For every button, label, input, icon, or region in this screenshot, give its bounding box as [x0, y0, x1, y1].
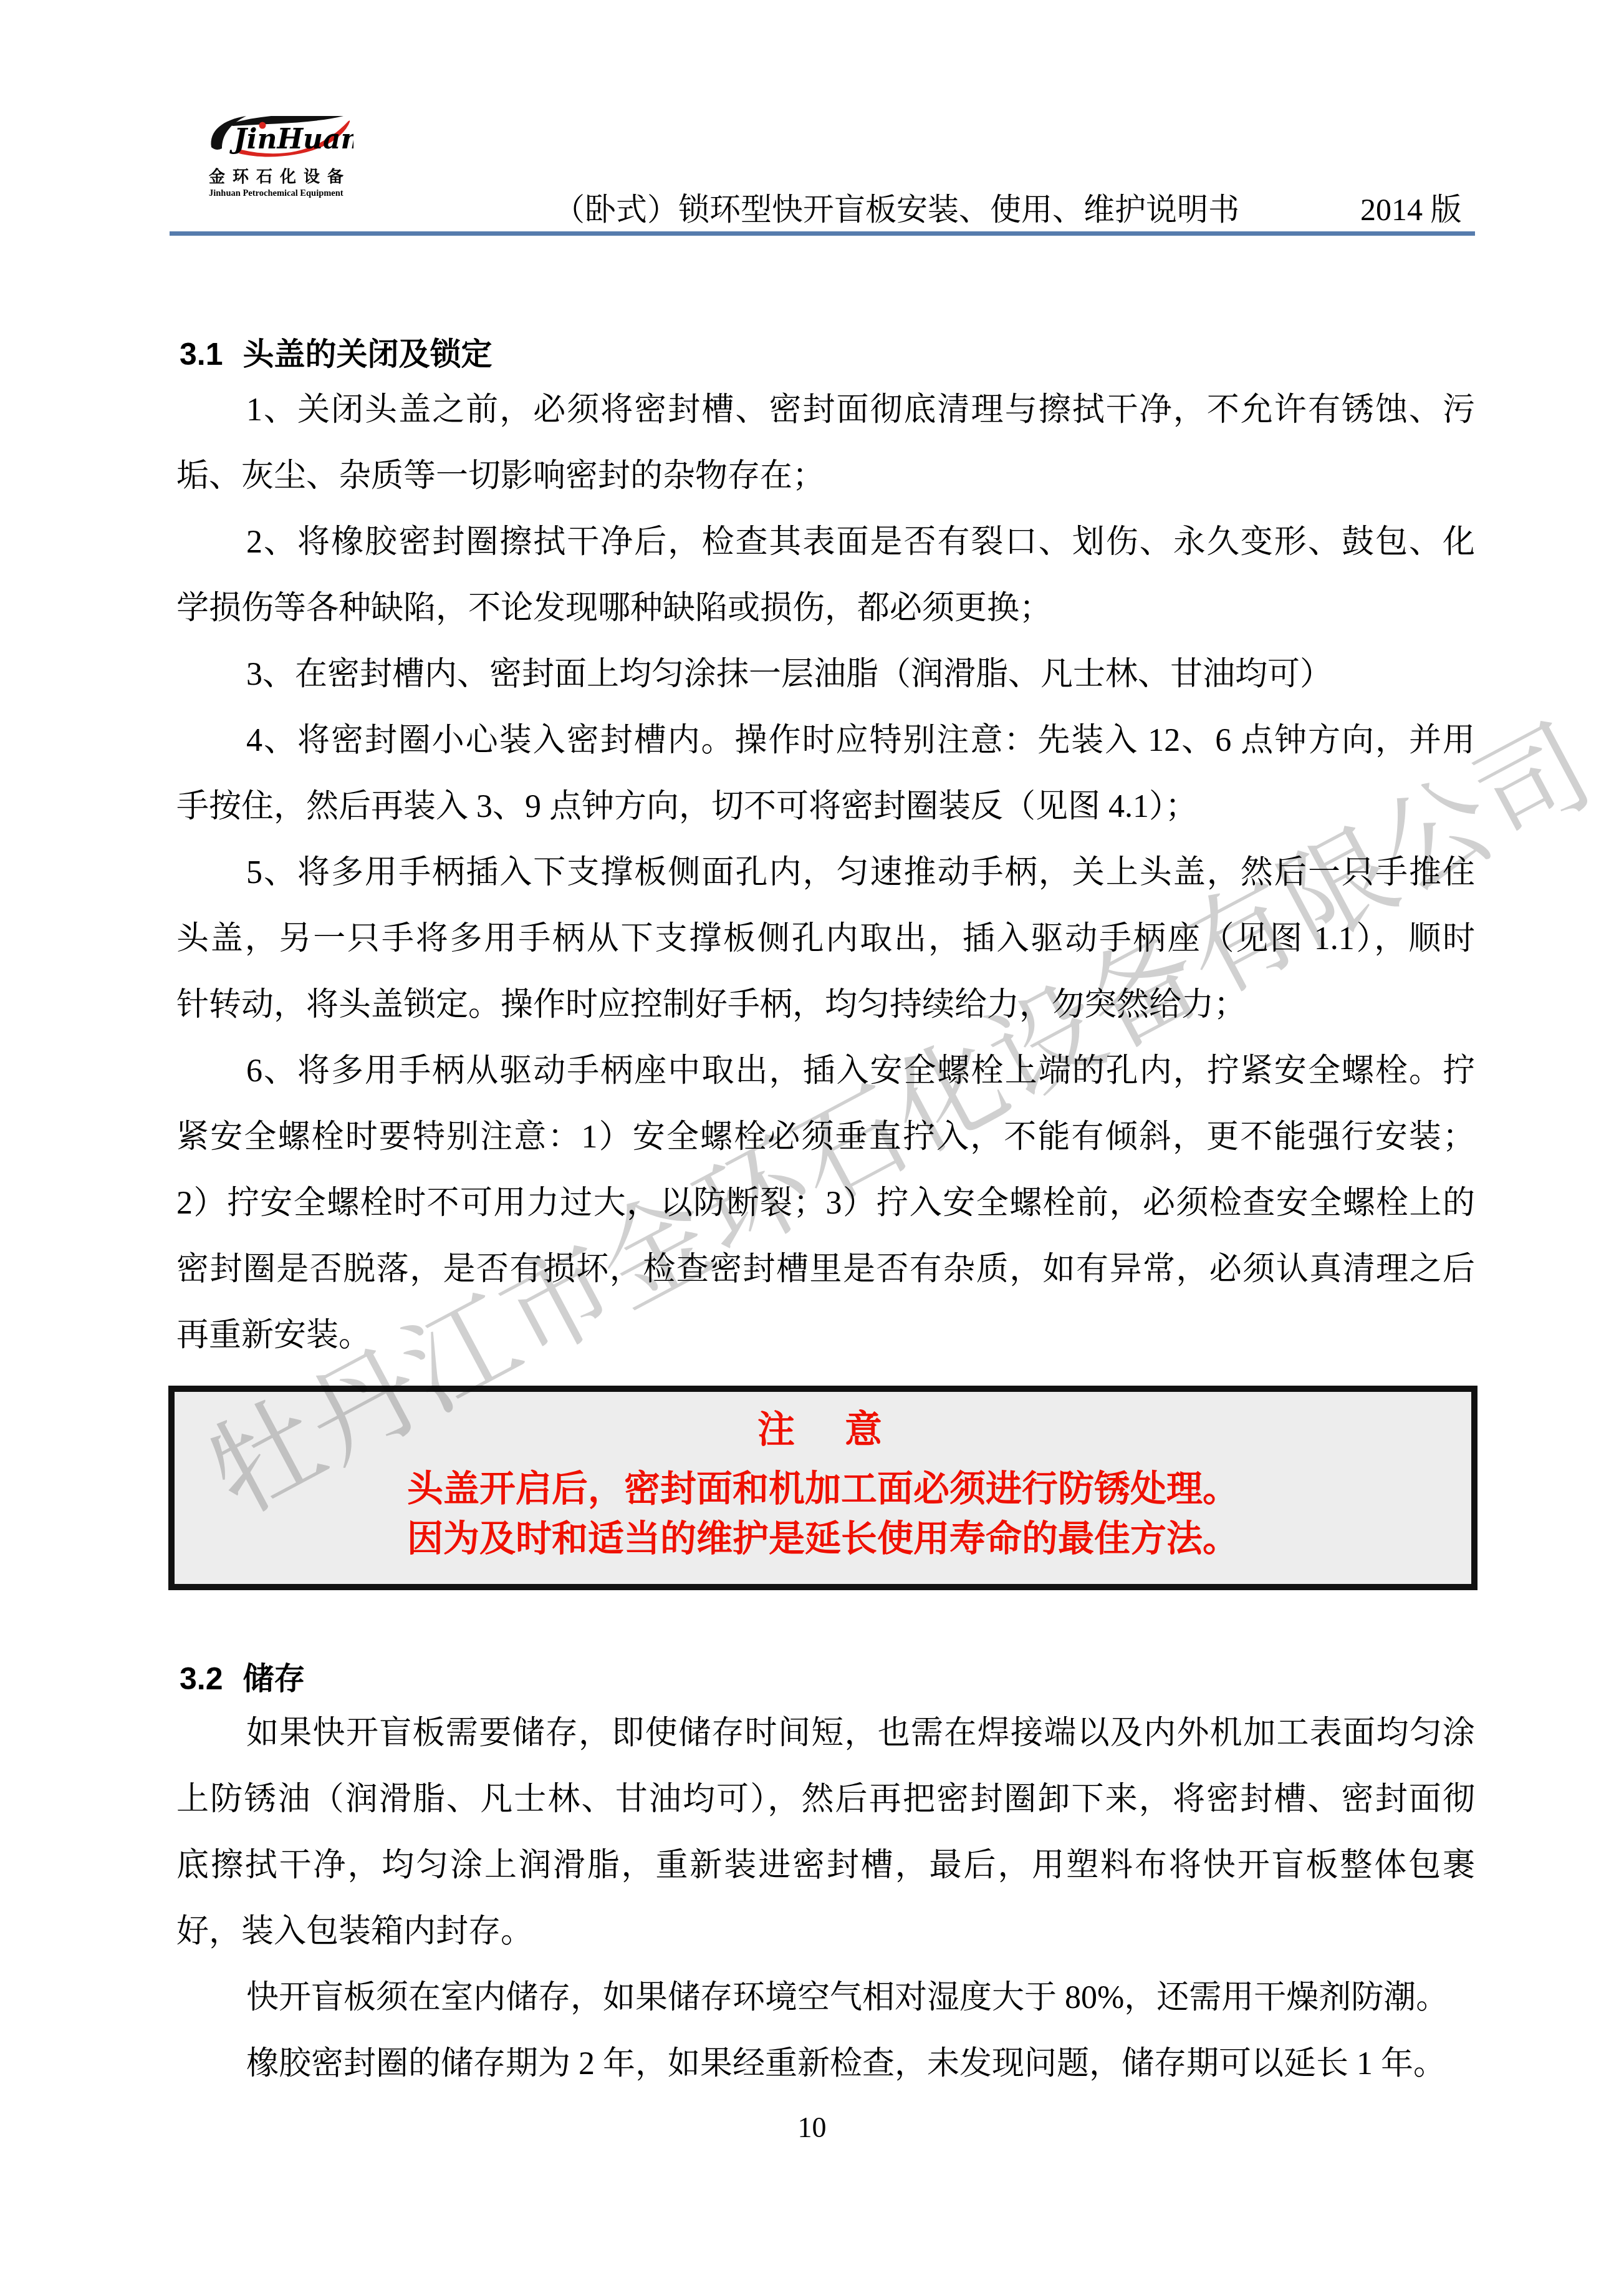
section-3-1-heading: 3.1头盖的关闭及锁定 — [180, 329, 492, 374]
section-number: 3.2 — [180, 1661, 223, 1696]
body-line: 底擦拭干净，均匀涂上润滑脂，重新装进密封槽，最后，用塑料布将快开盲板整体包裹 — [176, 1833, 1475, 1899]
section-title: 头盖的关闭及锁定 — [243, 337, 492, 372]
body-line: 3、在密封槽内、密封面上均匀涂抹一层油脂（润滑脂、凡士林、甘油均可） — [176, 642, 1475, 708]
logo-script-text: JinHuan — [229, 123, 353, 155]
logo-red-dot-icon — [259, 122, 266, 129]
company-logo: JinHuan 金环石化设备 Jinhuan Petrochemical Equ… — [209, 116, 353, 199]
document-title: （卧式）锁环型快开盲板安装、使用、维护说明书 — [554, 185, 1239, 229]
body-line: 再重新安装。 — [176, 1303, 1475, 1369]
body-line: 如果快开盲板需要储存，即使储存时间短，也需在焊接端以及内外机加工表面均匀涂 — [176, 1701, 1475, 1767]
header-divider — [170, 231, 1475, 236]
body-line: 头盖，另一只手将多用手柄从下支撑板侧孔内取出，插入驱动手柄座（见图 1.1），顺… — [176, 906, 1475, 972]
notice-line: 因为及时和适当的维护是延长使用寿命的最佳方法。 — [175, 1514, 1471, 1564]
body-line: 5、将多用手柄插入下支撑板侧面孔内，匀速推动手柄，关上头盖，然后一只手推住 — [176, 840, 1475, 906]
body-line: 橡胶密封圈的储存期为 2 年，如果经重新检查，未发现问题，储存期可以延长 1 年… — [176, 2031, 1475, 2097]
body-line: 针转动，将头盖锁定。操作时应控制好手柄，均匀持续给力，勿突然给力； — [176, 972, 1475, 1038]
logo-swoosh-icon: JinHuan — [209, 116, 353, 161]
section-3-1-body: 1、关闭头盖之前，必须将密封槽、密封面彻底清理与擦拭干净，不允许有锈蚀、污 垢、… — [176, 377, 1475, 1369]
notice-body: 头盖开启后，密封面和机加工面必须进行防锈处理。 因为及时和适当的维护是延长使用寿… — [175, 1464, 1471, 1564]
notice-line: 头盖开启后，密封面和机加工面必须进行防锈处理。 — [175, 1464, 1471, 1514]
page-number: 10 — [0, 2111, 1624, 2144]
section-3-2-heading: 3.2储存 — [180, 1654, 305, 1699]
section-number: 3.1 — [180, 337, 223, 372]
body-line: 4、将密封圈小心装入密封槽内。操作时应特别注意：先装入 12、6 点钟方向，并用 — [176, 708, 1475, 774]
document-edition: 2014 版 — [1360, 185, 1462, 229]
body-line: 1、关闭头盖之前，必须将密封槽、密封面彻底清理与擦拭干净，不允许有锈蚀、污 — [176, 377, 1475, 443]
notice-box: 注 意 头盖开启后，密封面和机加工面必须进行防锈处理。 因为及时和适当的维护是延… — [168, 1386, 1477, 1590]
manual-page: 牡丹江市金环石化设备有限公司 JinHuan 金环石化设备 Jinhuan Pe… — [0, 0, 1624, 2283]
logo-english-name: Jinhuan Petrochemical Equipment — [209, 188, 353, 199]
section-title: 储存 — [243, 1661, 305, 1696]
body-line: 2、将橡胶密封圈擦拭干净后，检查其表面是否有裂口、划伤、永久变形、鼓包、化 — [176, 509, 1475, 576]
body-line: 好，装入包装箱内封存。 — [176, 1899, 1475, 1965]
body-line: 紧安全螺栓时要特别注意：1）安全螺栓必须垂直拧入，不能有倾斜，更不能强行安装； — [176, 1104, 1475, 1170]
notice-title: 注 意 — [175, 1409, 1471, 1450]
body-line: 快开盲板须在室内储存，如果储存环境空气相对湿度大于 80%，还需用干燥剂防潮。 — [176, 1965, 1475, 2031]
body-line: 6、将多用手柄从驱动手柄座中取出，插入安全螺栓上端的孔内，拧紧安全螺栓。拧 — [176, 1038, 1475, 1104]
body-line: 上防锈油（润滑脂、凡士林、甘油均可），然后再把密封圈卸下来，将密封槽、密封面彻 — [176, 1767, 1475, 1833]
section-3-2-body: 如果快开盲板需要储存，即使储存时间短，也需在焊接端以及内外机加工表面均匀涂 上防… — [176, 1701, 1475, 2097]
body-line: 学损伤等各种缺陷，不论发现哪种缺陷或损伤，都必须更换； — [176, 576, 1475, 642]
body-line: 垢、灰尘、杂质等一切影响密封的杂物存在； — [176, 443, 1475, 509]
body-line: 手按住，然后再装入 3、9 点钟方向，切不可将密封圈装反（见图 4.1）； — [176, 774, 1475, 840]
logo-chinese-name: 金环石化设备 — [209, 164, 353, 187]
body-line: 2）拧安全螺栓时不可用力过大，以防断裂；3）拧入安全螺栓前，必须检查安全螺栓上的 — [176, 1170, 1475, 1237]
body-line: 密封圈是否脱落，是否有损坏，检查密封槽里是否有杂质，如有异常，必须认真清理之后 — [176, 1237, 1475, 1303]
